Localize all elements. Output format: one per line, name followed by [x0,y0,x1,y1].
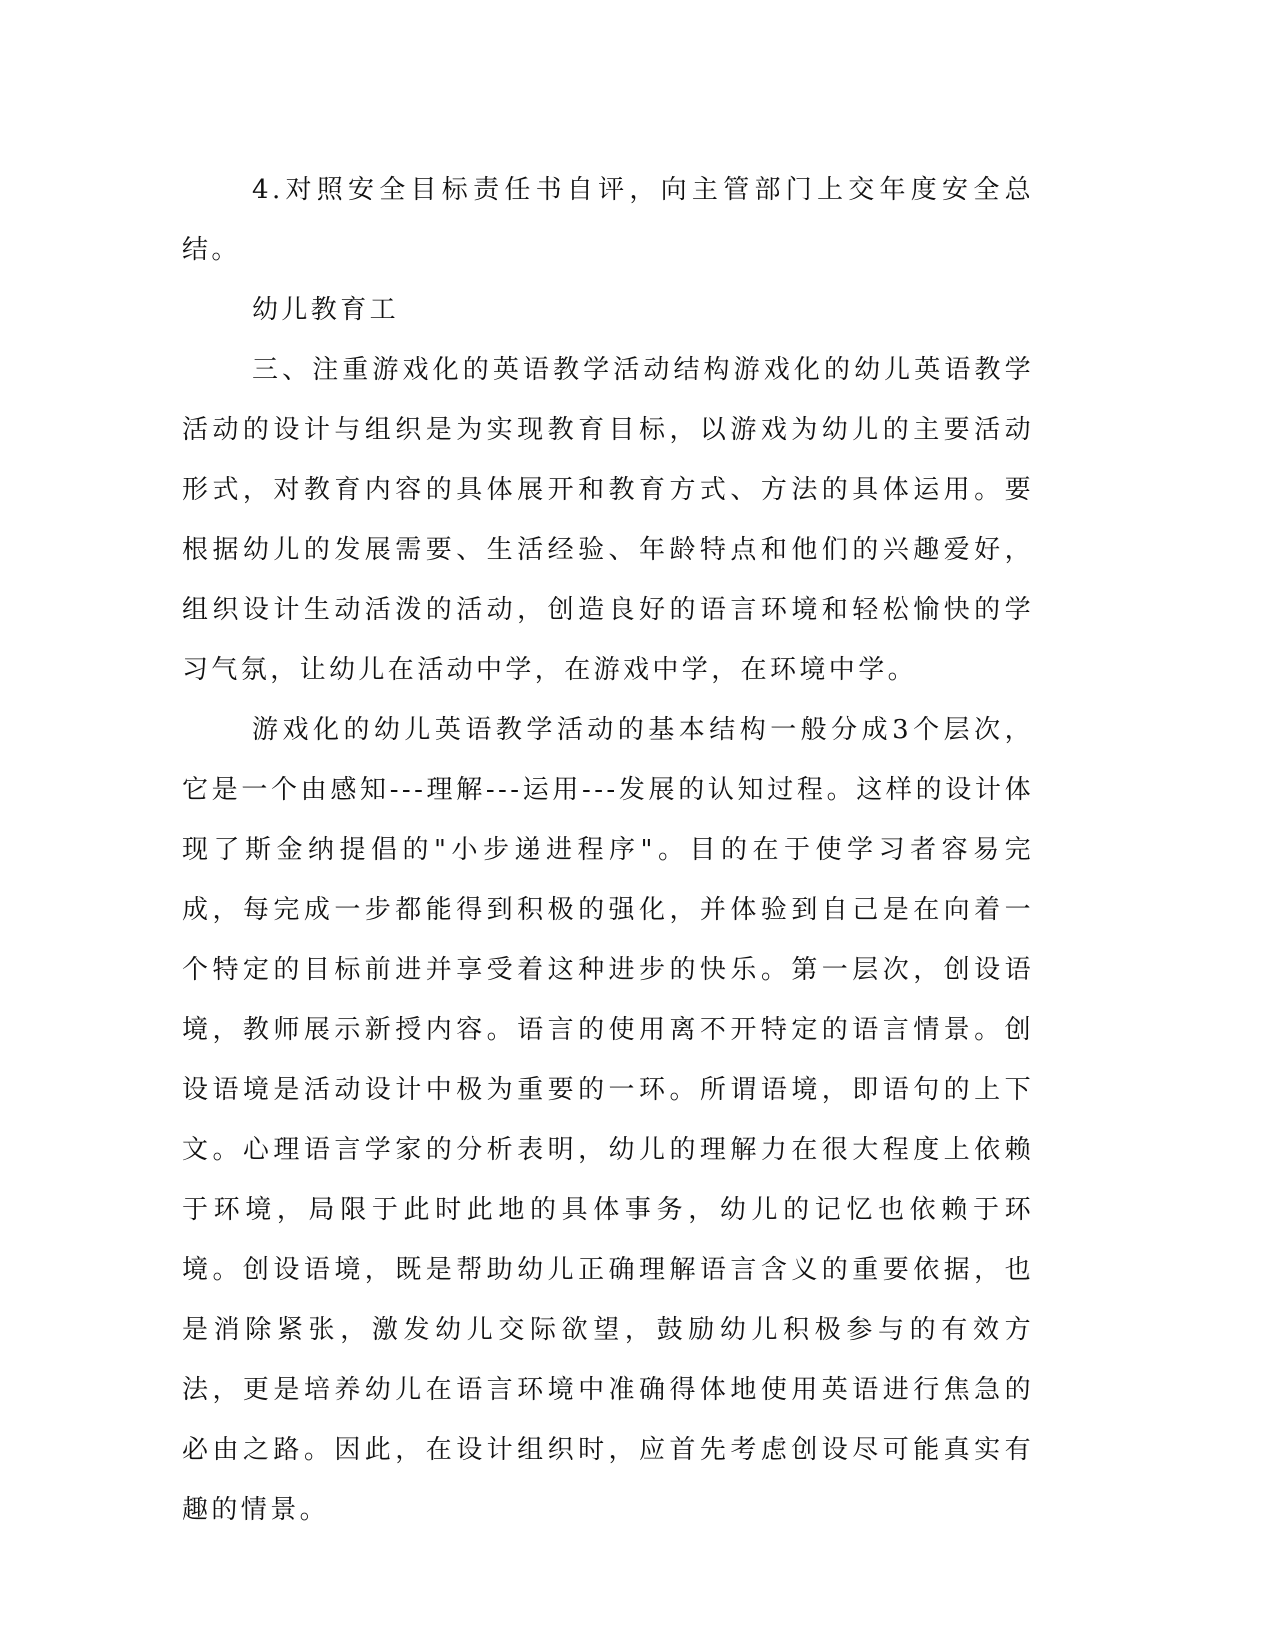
paragraph-safety-summary: 4.对照安全目标责任书自评，向主管部门上交年度安全总结。 [182,160,1034,280]
document-body: 4.对照安全目标责任书自评，向主管部门上交年度安全总结。 幼儿教育工 三、注重游… [182,160,1034,1540]
paragraph-three-levels: 游戏化的幼儿英语教学活动的基本结构一般分成3个层次，它是一个由感知---理解--… [182,700,1034,1540]
paragraph-section-fragment: 幼儿教育工 [182,280,1034,340]
paragraph-game-structure-intro: 三、注重游戏化的英语教学活动结构游戏化的幼儿英语教学活动的设计与组织是为实现教育… [182,340,1034,700]
document-page: 4.对照安全目标责任书自评，向主管部门上交年度安全总结。 幼儿教育工 三、注重游… [0,0,1275,1650]
